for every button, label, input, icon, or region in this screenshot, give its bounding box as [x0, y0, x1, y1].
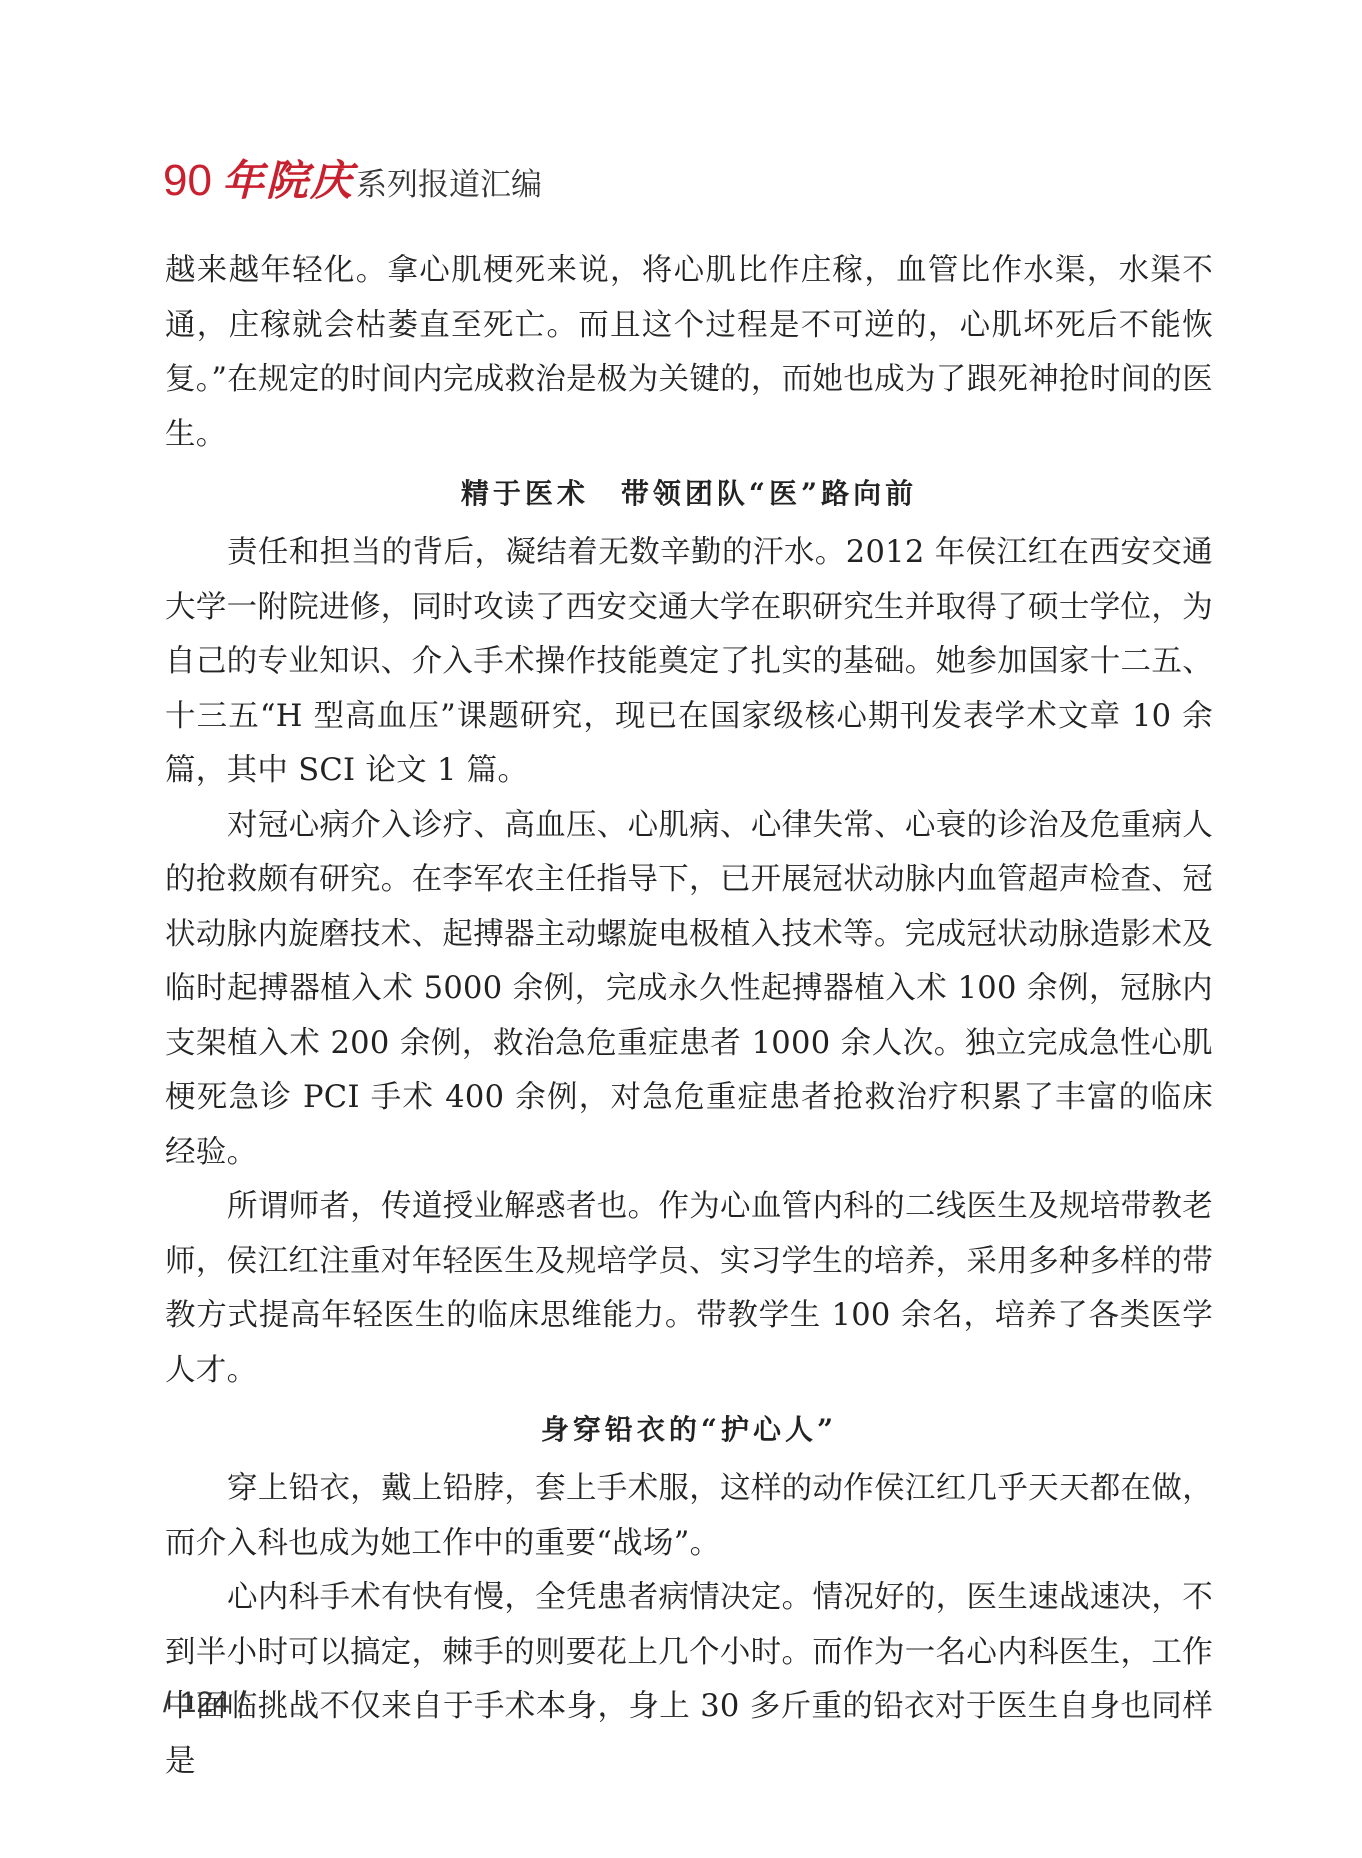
- paragraph: 所谓师者，传道授业解惑者也。作为心血管内科的二线医生及规培带教老师，侯江红注重对…: [165, 1180, 1213, 1398]
- paragraph-continued: 越来越年轻化。拿心肌梗死来说，将心肌比作庄稼，血管比作水渠，水渠不通，庄稼就会枯…: [165, 244, 1213, 462]
- section-heading-1: 精于医术 带领团队“医”路向前: [165, 462, 1213, 526]
- header-anniversary-title: 年院庆: [222, 148, 354, 208]
- section-heading-2: 身穿铅衣的“护心人”: [165, 1398, 1213, 1462]
- header-anniversary-number: 90: [163, 156, 212, 206]
- running-header: 90 年院庆 系列报道汇编: [163, 148, 542, 208]
- paragraph: 对冠心病介入诊疗、高血压、心肌病、心律失常、心衰的诊治及危重病人的抢救颇有研究。…: [165, 799, 1213, 1181]
- article-body: 越来越年轻化。拿心肌梗死来说，将心肌比作庄稼，血管比作水渠，水渠不通，庄稼就会枯…: [165, 244, 1213, 1789]
- paragraph: 穿上铅衣，戴上铅脖，套上手术服，这样的动作侯江红几乎天天都在做，而介入科也成为她…: [165, 1462, 1213, 1571]
- header-series-title: 系列报道汇编: [356, 159, 542, 204]
- paragraph: 责任和担当的背后，凝结着无数辛勤的汗水。2012 年侯江红在西安交通大学一附院进…: [165, 526, 1213, 799]
- paragraph: 心内科手术有快有慢，全凭患者病情决定。情况好的，医生速战速决，不到半小时可以搞定…: [165, 1571, 1213, 1789]
- page-number: / 124 /: [163, 1686, 246, 1720]
